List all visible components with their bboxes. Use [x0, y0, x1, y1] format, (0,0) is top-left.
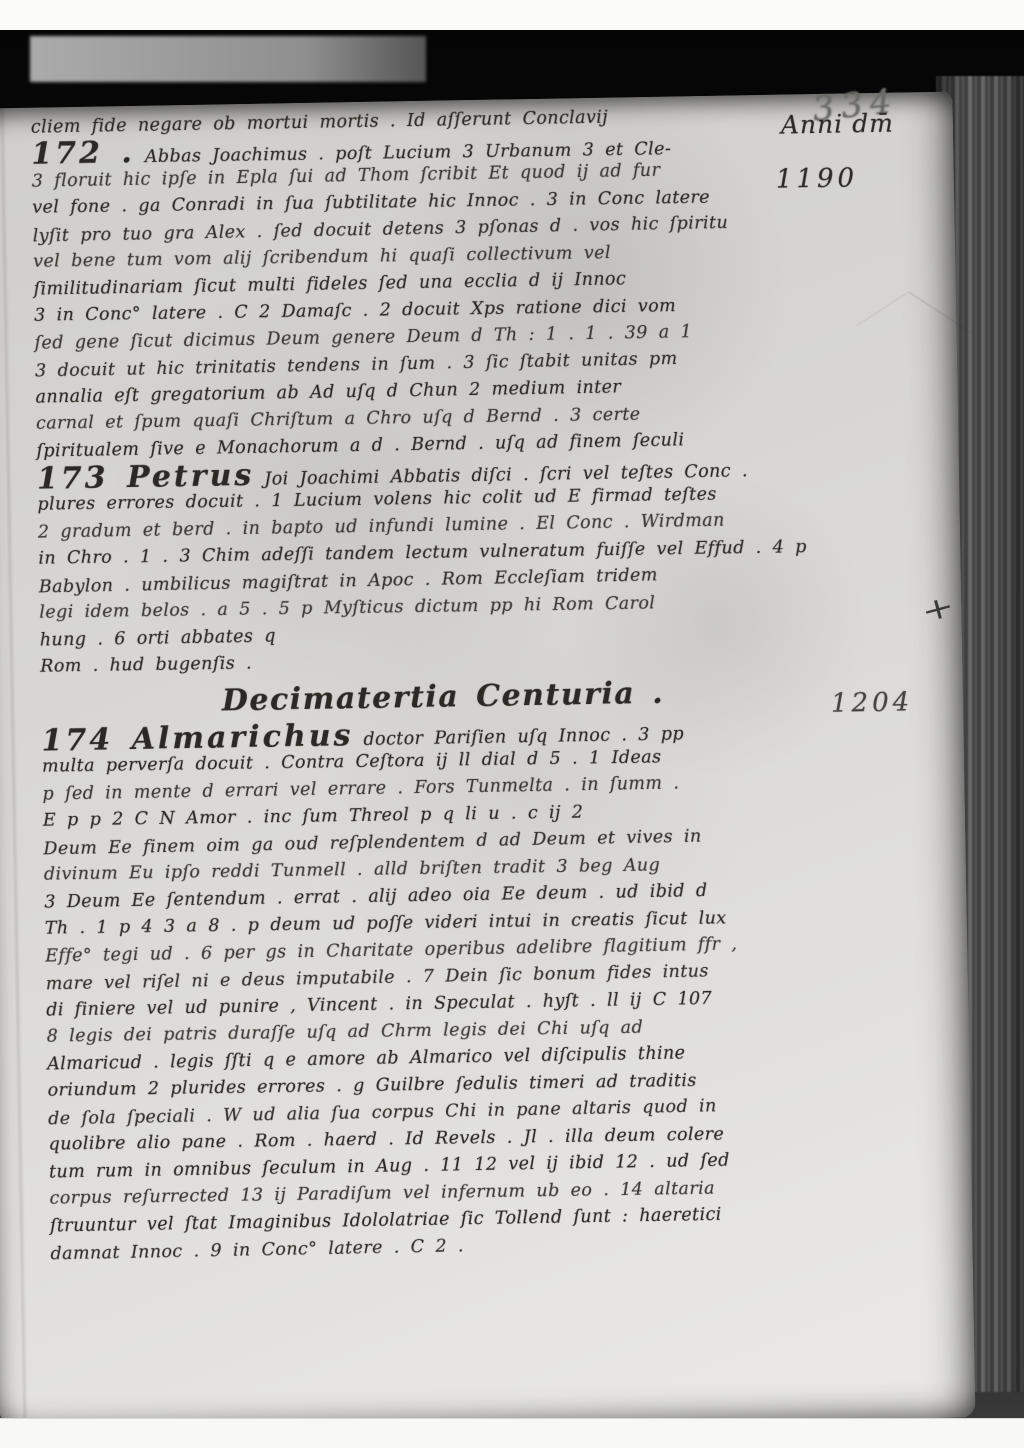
section-171-172-block: cliem fide negare ob mortui mortis . Id … — [31, 101, 799, 465]
line-text: carnal et ſpum quaſi Chriſtum a Chro uſq… — [36, 405, 641, 434]
line-text: hung . 6 orti abbates q — [40, 626, 276, 650]
film-edge-strip — [30, 36, 426, 82]
line-text: corpus reſurrected 13 ij Paradiſum vel i… — [49, 1179, 715, 1209]
line-text: divinum Eu ipſo reddi Tunmell . alld bri… — [44, 855, 661, 884]
margin-note-anni-domini: Anni dm̄ — [781, 109, 894, 140]
line-text: 8 legis dei patris duraſſe uſq ad Chrm l… — [47, 1018, 644, 1047]
line-text: damnat Innoc . 9 in Conc° latere . C 2 . — [50, 1236, 464, 1264]
manuscript-page: 334 Anni dm̄ 1190 + 1204 cliem fide nega… — [0, 92, 975, 1418]
photograph-frame: 334 Anni dm̄ 1190 + 1204 cliem fide nega… — [0, 30, 1024, 1418]
line-text: legi idem belos . a 5 . 5 p Myſticus dic… — [39, 593, 655, 622]
margin-cross-mark: + — [918, 588, 959, 630]
scan-bottom-strip — [0, 1418, 1024, 1448]
section-173-block: 173 PetrusJoi Joachimi Abbatis diſci . ſ… — [37, 452, 803, 681]
section-174-block: 174 Almarichusdoctor Pariſien uſq Innoc … — [41, 714, 812, 1267]
text-column: cliem fide negare ob mortui mortis . Id … — [31, 101, 813, 1267]
paper-fold-line — [0, 108, 26, 1418]
line-text: Rom . hud bugenſis . — [40, 653, 252, 676]
margin-year-1204: 1204 — [831, 687, 914, 718]
line-text: vel bene tum vom alij ſcribendum hi quaſ… — [33, 243, 611, 272]
paper-crack — [856, 291, 971, 366]
